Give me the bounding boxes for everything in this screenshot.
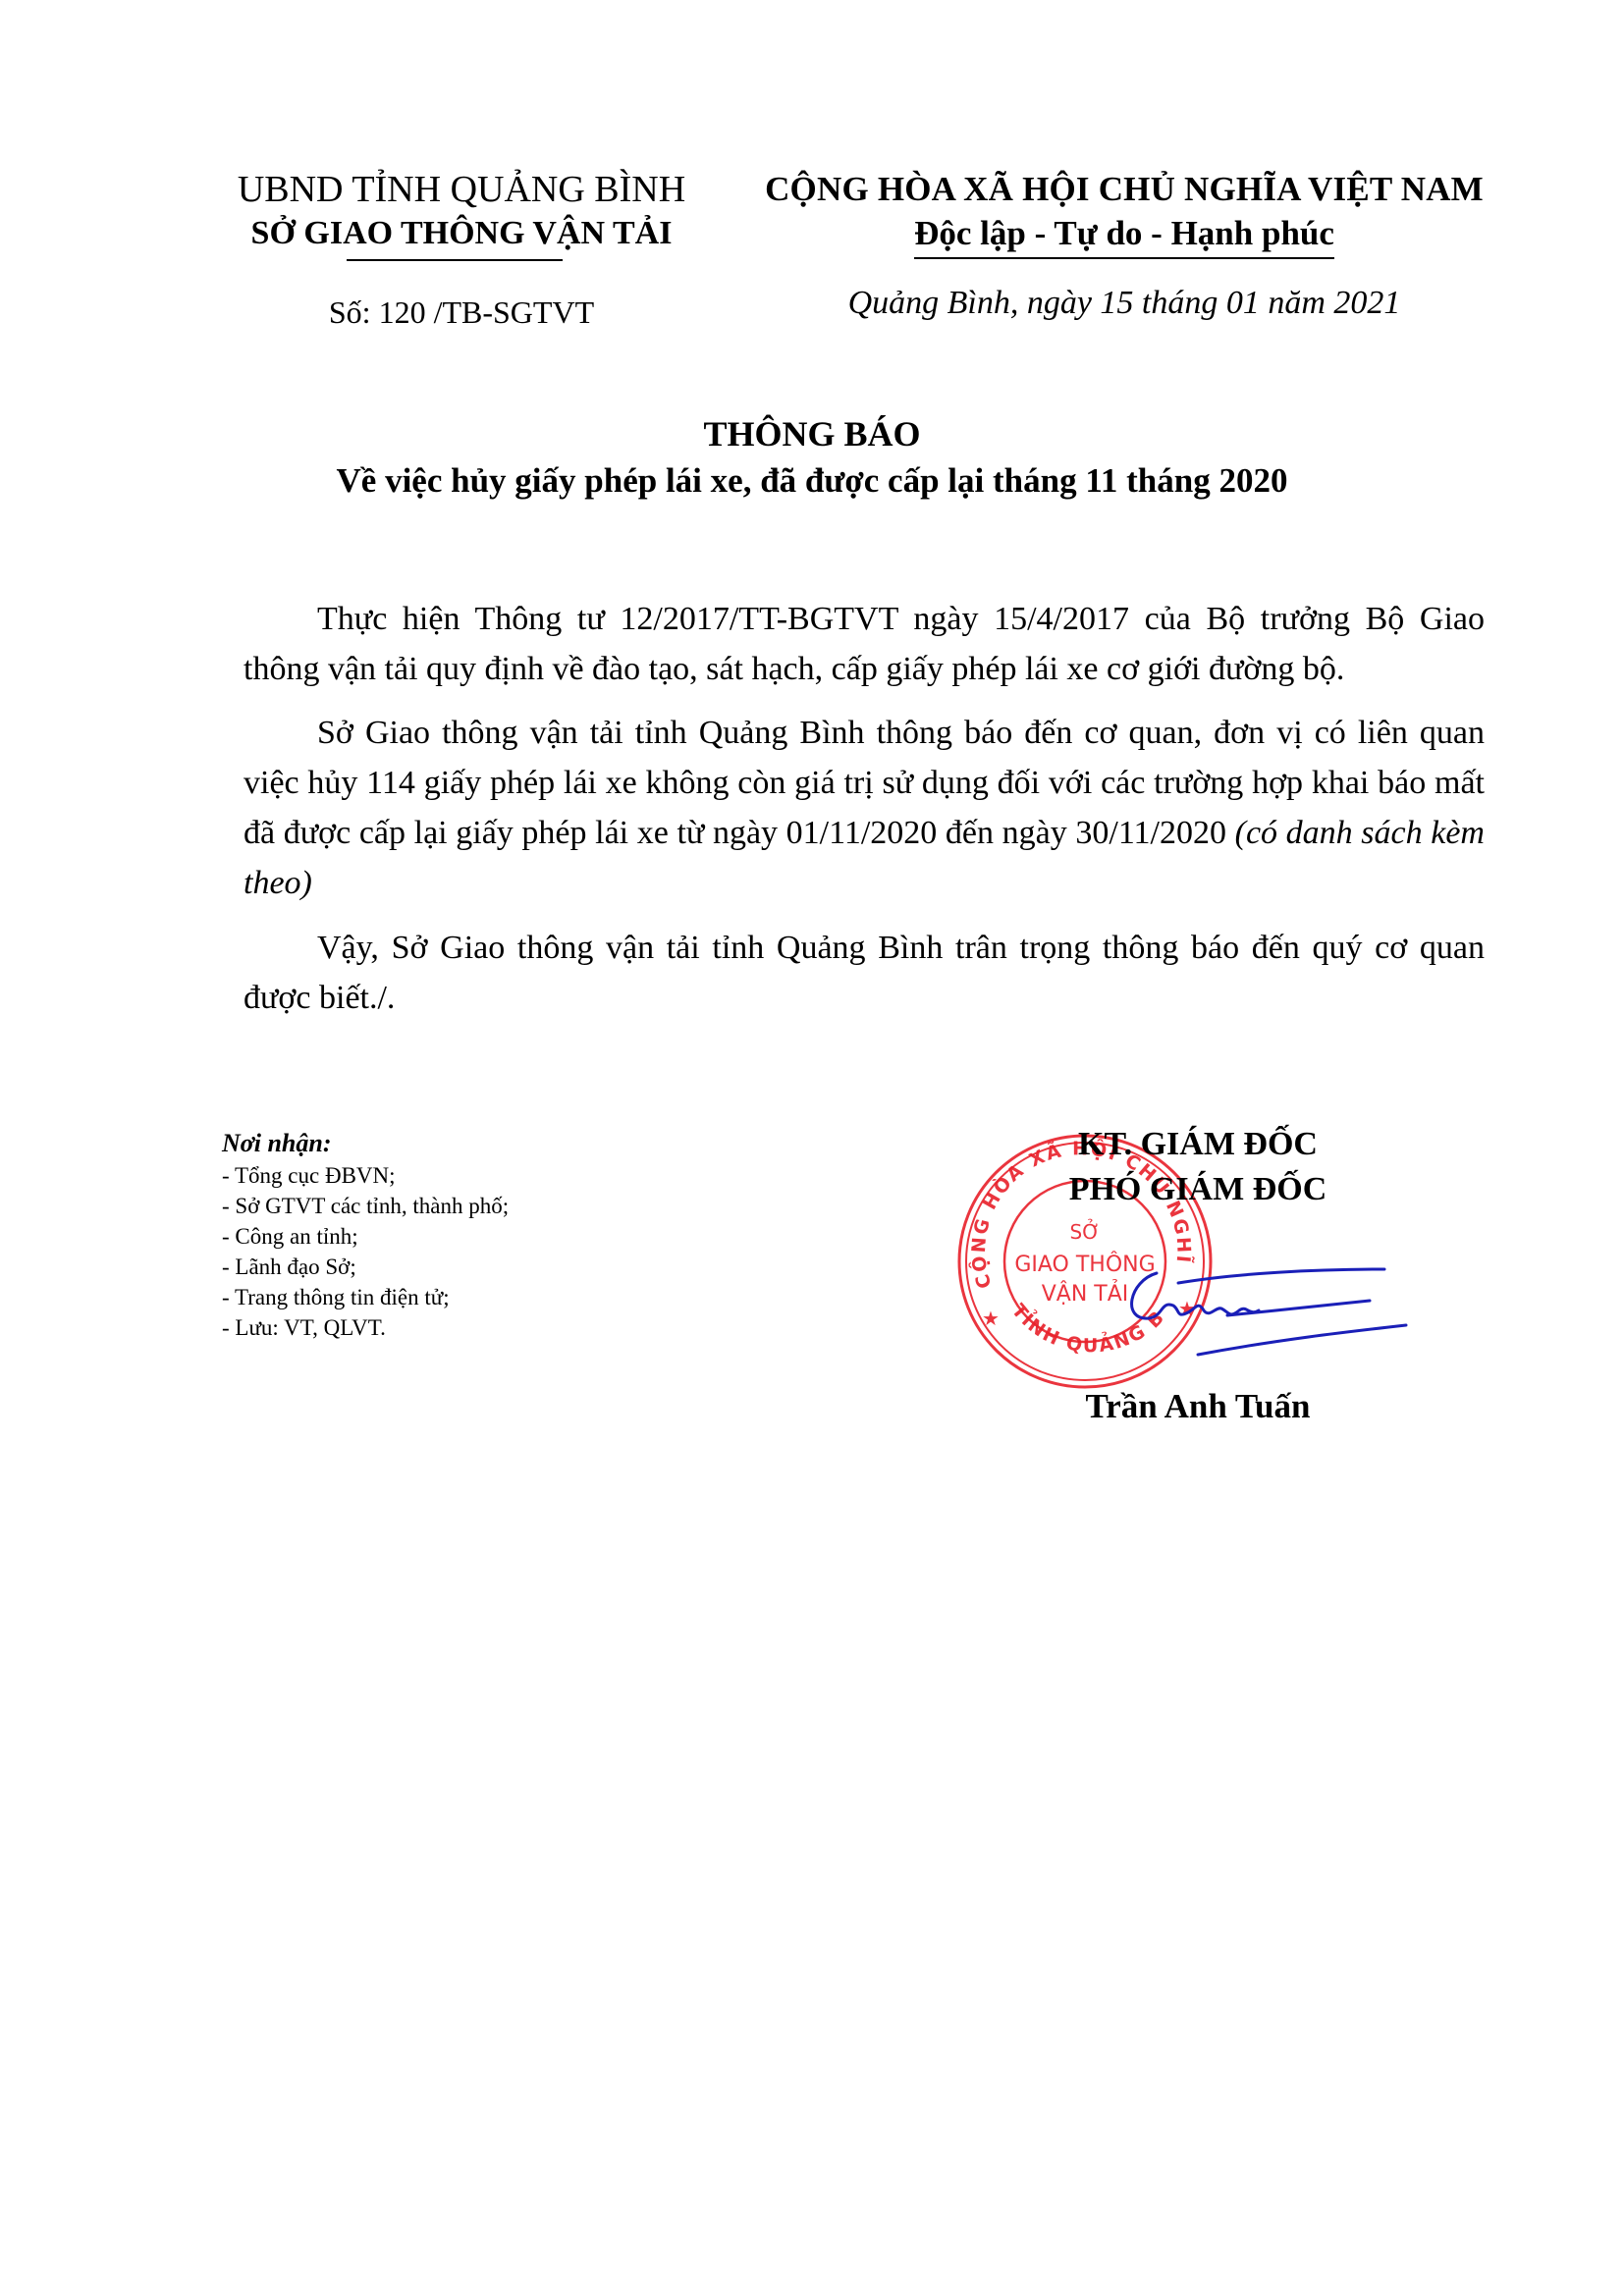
recipient-item: - Trang thông tin điện tử; [222, 1282, 732, 1312]
issuing-authority-block: UBND TỈNH QUẢNG BÌNH SỞ GIAO THÔNG VẬN T… [201, 167, 722, 331]
recipients-block: Nơi nhận: - Tổng cục ĐBVN; - Sở GTVT các… [222, 1127, 732, 1343]
department-underline [347, 259, 563, 261]
body-paragraph-1: Thực hiện Thông tư 12/2017/TT-BGTVT ngày… [244, 594, 1485, 694]
national-header-block: CỘNG HÒA XÃ HỘI CHỦ NGHĨA VIỆT NAM Độc l… [731, 167, 1517, 322]
signer-name: Trần Anh Tuấn [982, 1387, 1414, 1426]
document-body: Thực hiện Thông tư 12/2017/TT-BGTVT ngày… [244, 594, 1485, 1038]
recipient-item: - Sở GTVT các tỉnh, thành phố; [222, 1191, 732, 1221]
signature-scribble-icon [1119, 1261, 1414, 1360]
body-paragraph-2: Sở Giao thông vận tải tỉnh Quảng Bình th… [244, 708, 1485, 908]
svg-text:SỞ: SỞ [1070, 1219, 1101, 1244]
handwritten-signature [1119, 1261, 1414, 1360]
body-paragraph-3: Vậy, Sở Giao thông vận tải tỉnh Quảng Bì… [244, 923, 1485, 1023]
document-title-block: THÔNG BÁO Về việc hủy giấy phép lái xe, … [196, 410, 1428, 505]
place-date: Quảng Bình, ngày 15 tháng 01 năm 2021 [731, 285, 1517, 322]
svg-text:VẬN TẢI: VẬN TẢI [1042, 1280, 1129, 1307]
signing-authority: KT. GIÁM ĐỐC [982, 1122, 1414, 1167]
recipient-item: - Lãnh đạo Sở; [222, 1252, 732, 1282]
recipient-item: - Lưu: VT, QLVT. [222, 1312, 732, 1343]
recipients-heading: Nơi nhận: [222, 1127, 732, 1160]
department-name: SỞ GIAO THÔNG VẬN TẢI [201, 212, 722, 255]
document-number: Số: 120 /TB-SGTVT [201, 294, 722, 331]
recipient-item: - Công an tỉnh; [222, 1221, 732, 1252]
document-type: THÔNG BÁO [196, 410, 1428, 457]
svg-text:★: ★ [982, 1307, 1000, 1330]
country-name: CỘNG HÒA XÃ HỘI CHỦ NGHĨA VIỆT NAM [731, 167, 1517, 212]
national-motto: Độc lập - Tự do - Hạnh phúc [914, 212, 1334, 259]
authority-name: UBND TỈNH QUẢNG BÌNH [201, 167, 722, 212]
document-subject: Về việc hủy giấy phép lái xe, đã được cấ… [196, 457, 1428, 505]
signer-position: PHÓ GIÁM ĐỐC [982, 1167, 1414, 1212]
recipient-item: - Tổng cục ĐBVN; [222, 1160, 732, 1191]
signature-block: KT. GIÁM ĐỐC PHÓ GIÁM ĐỐC Trần Anh Tuấn [982, 1122, 1414, 1212]
